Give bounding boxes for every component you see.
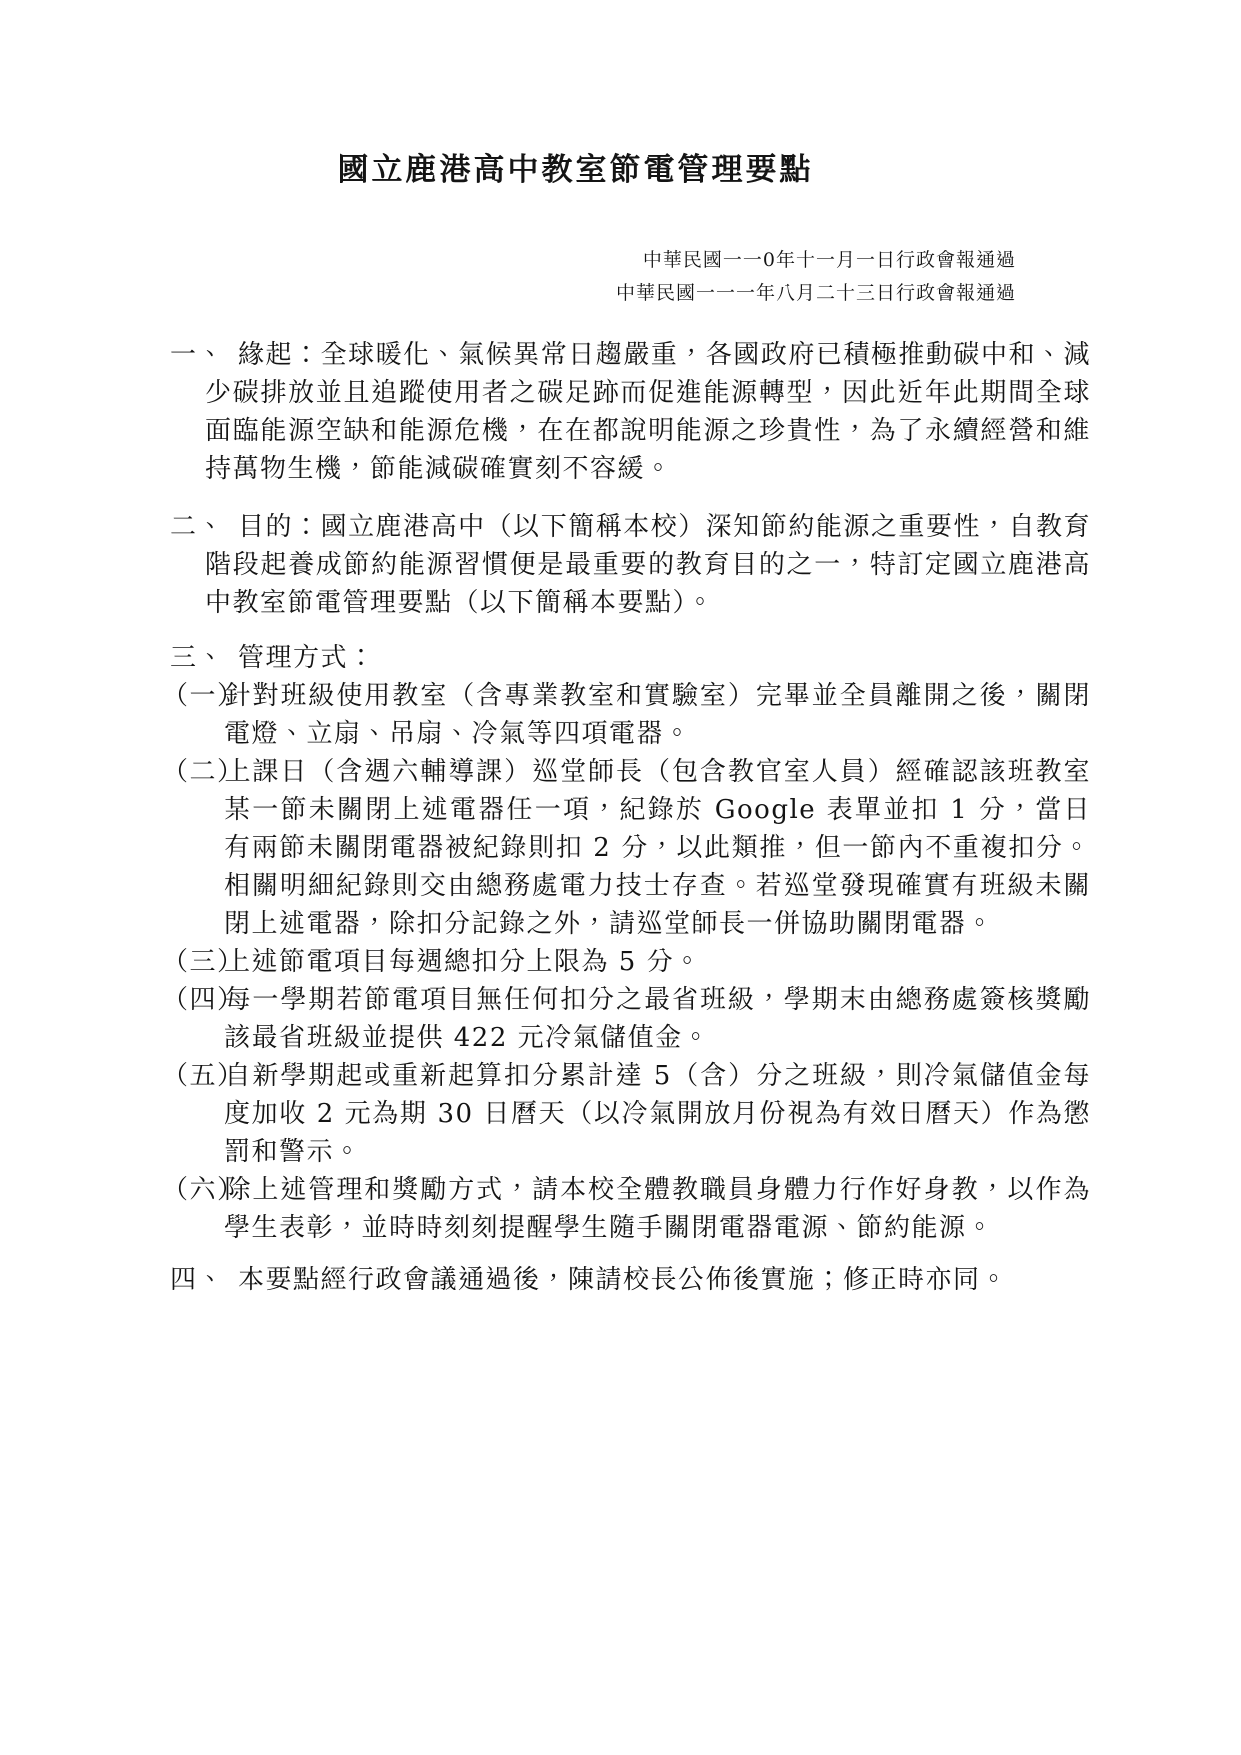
item-2: （二）上課日（含週六輔導課）巡堂師長（包含教官室人員）經確認該班教室某一節未關閉…: [162, 753, 1091, 943]
approval-line-1: 中華民國一一0年十一月一日行政會報通過: [170, 244, 1016, 277]
approval-line-2: 中華民國一一一年八月二十三日行政會報通過: [170, 277, 1016, 310]
item-3: （三）上述節電項目每週總扣分上限為 5 分。: [162, 943, 1091, 981]
section-origin: 一、緣起：全球暖化、氣候異常日趨嚴重，各國政府已積極推動碳中和、減少碳排放並且追…: [170, 336, 1091, 488]
section-number: 一、: [170, 336, 222, 374]
management-items: （一）針對班級使用教室（含專業教室和實驗室）完畢並全員離開之後，關閉電燈、立扇、…: [162, 677, 1091, 1247]
section-management: 三、管理方式：: [170, 639, 1091, 677]
section-number: 三、: [170, 639, 222, 677]
section-text: 管理方式：: [238, 643, 376, 673]
item-5: （五）自新學期起或重新起算扣分累計達 5（含）分之班級，則冷氣儲值金每度加收 2…: [162, 1057, 1091, 1171]
item-number: （一）: [162, 677, 224, 715]
section-text: 本要點經行政會議通過後，陳請校長公佈後實施；修正時亦同。: [238, 1265, 1008, 1295]
item-text: 除上述管理和獎勵方式，請本校全體教職員身體力行作好身教，以作為學生表彰，並時時刻…: [224, 1175, 1091, 1243]
approval-lines: 中華民國一一0年十一月一日行政會報通過 中華民國一一一年八月二十三日行政會報通過: [170, 244, 1091, 310]
item-number: （二）: [162, 753, 224, 791]
section-text: 緣起：全球暖化、氣候異常日趨嚴重，各國政府已積極推動碳中和、減少碳排放並且追蹤使…: [205, 340, 1091, 484]
document-body: 一、緣起：全球暖化、氣候異常日趨嚴重，各國政府已積極推動碳中和、減少碳排放並且追…: [170, 336, 1091, 1299]
section-implementation: 四、本要點經行政會議通過後，陳請校長公佈後實施；修正時亦同。: [170, 1261, 1091, 1299]
item-text: 每一學期若節電項目無任何扣分之最省班級，學期末由總務處簽核獎勵該最省班級並提供 …: [224, 985, 1091, 1053]
item-number: （六）: [162, 1171, 224, 1209]
item-text: 上課日（含週六輔導課）巡堂師長（包含教官室人員）經確認該班教室某一節未關閉上述電…: [224, 757, 1091, 939]
item-text: 針對班級使用教室（含專業教室和實驗室）完畢並全員離開之後，關閉電燈、立扇、吊扇、…: [224, 681, 1091, 749]
document-title: 國立鹿港高中教室節電管理要點: [170, 150, 981, 190]
section-text: 目的：國立鹿港高中（以下簡稱本校）深知節約能源之重要性，自教育階段起養成節約能源…: [205, 512, 1091, 618]
document-page: 國立鹿港高中教室節電管理要點 中華民國一一0年十一月一日行政會報通過 中華民國一…: [0, 0, 1241, 1755]
item-6: （六）除上述管理和獎勵方式，請本校全體教職員身體力行作好身教，以作為學生表彰，並…: [162, 1171, 1091, 1247]
section-number: 二、: [170, 508, 222, 546]
section-purpose: 二、目的：國立鹿港高中（以下簡稱本校）深知節約能源之重要性，自教育階段起養成節約…: [170, 508, 1091, 622]
item-text: 上述節電項目每週總扣分上限為 5 分。: [224, 947, 702, 977]
item-number: （四）: [162, 981, 224, 1019]
item-number: （五）: [162, 1057, 224, 1095]
item-4: （四）每一學期若節電項目無任何扣分之最省班級，學期末由總務處簽核獎勵該最省班級並…: [162, 981, 1091, 1057]
section-number: 四、: [170, 1261, 222, 1299]
item-1: （一）針對班級使用教室（含專業教室和實驗室）完畢並全員離開之後，關閉電燈、立扇、…: [162, 677, 1091, 753]
item-number: （三）: [162, 943, 224, 981]
item-text: 自新學期起或重新起算扣分累計達 5（含）分之班級，則冷氣儲值金每度加收 2 元為…: [224, 1061, 1091, 1167]
